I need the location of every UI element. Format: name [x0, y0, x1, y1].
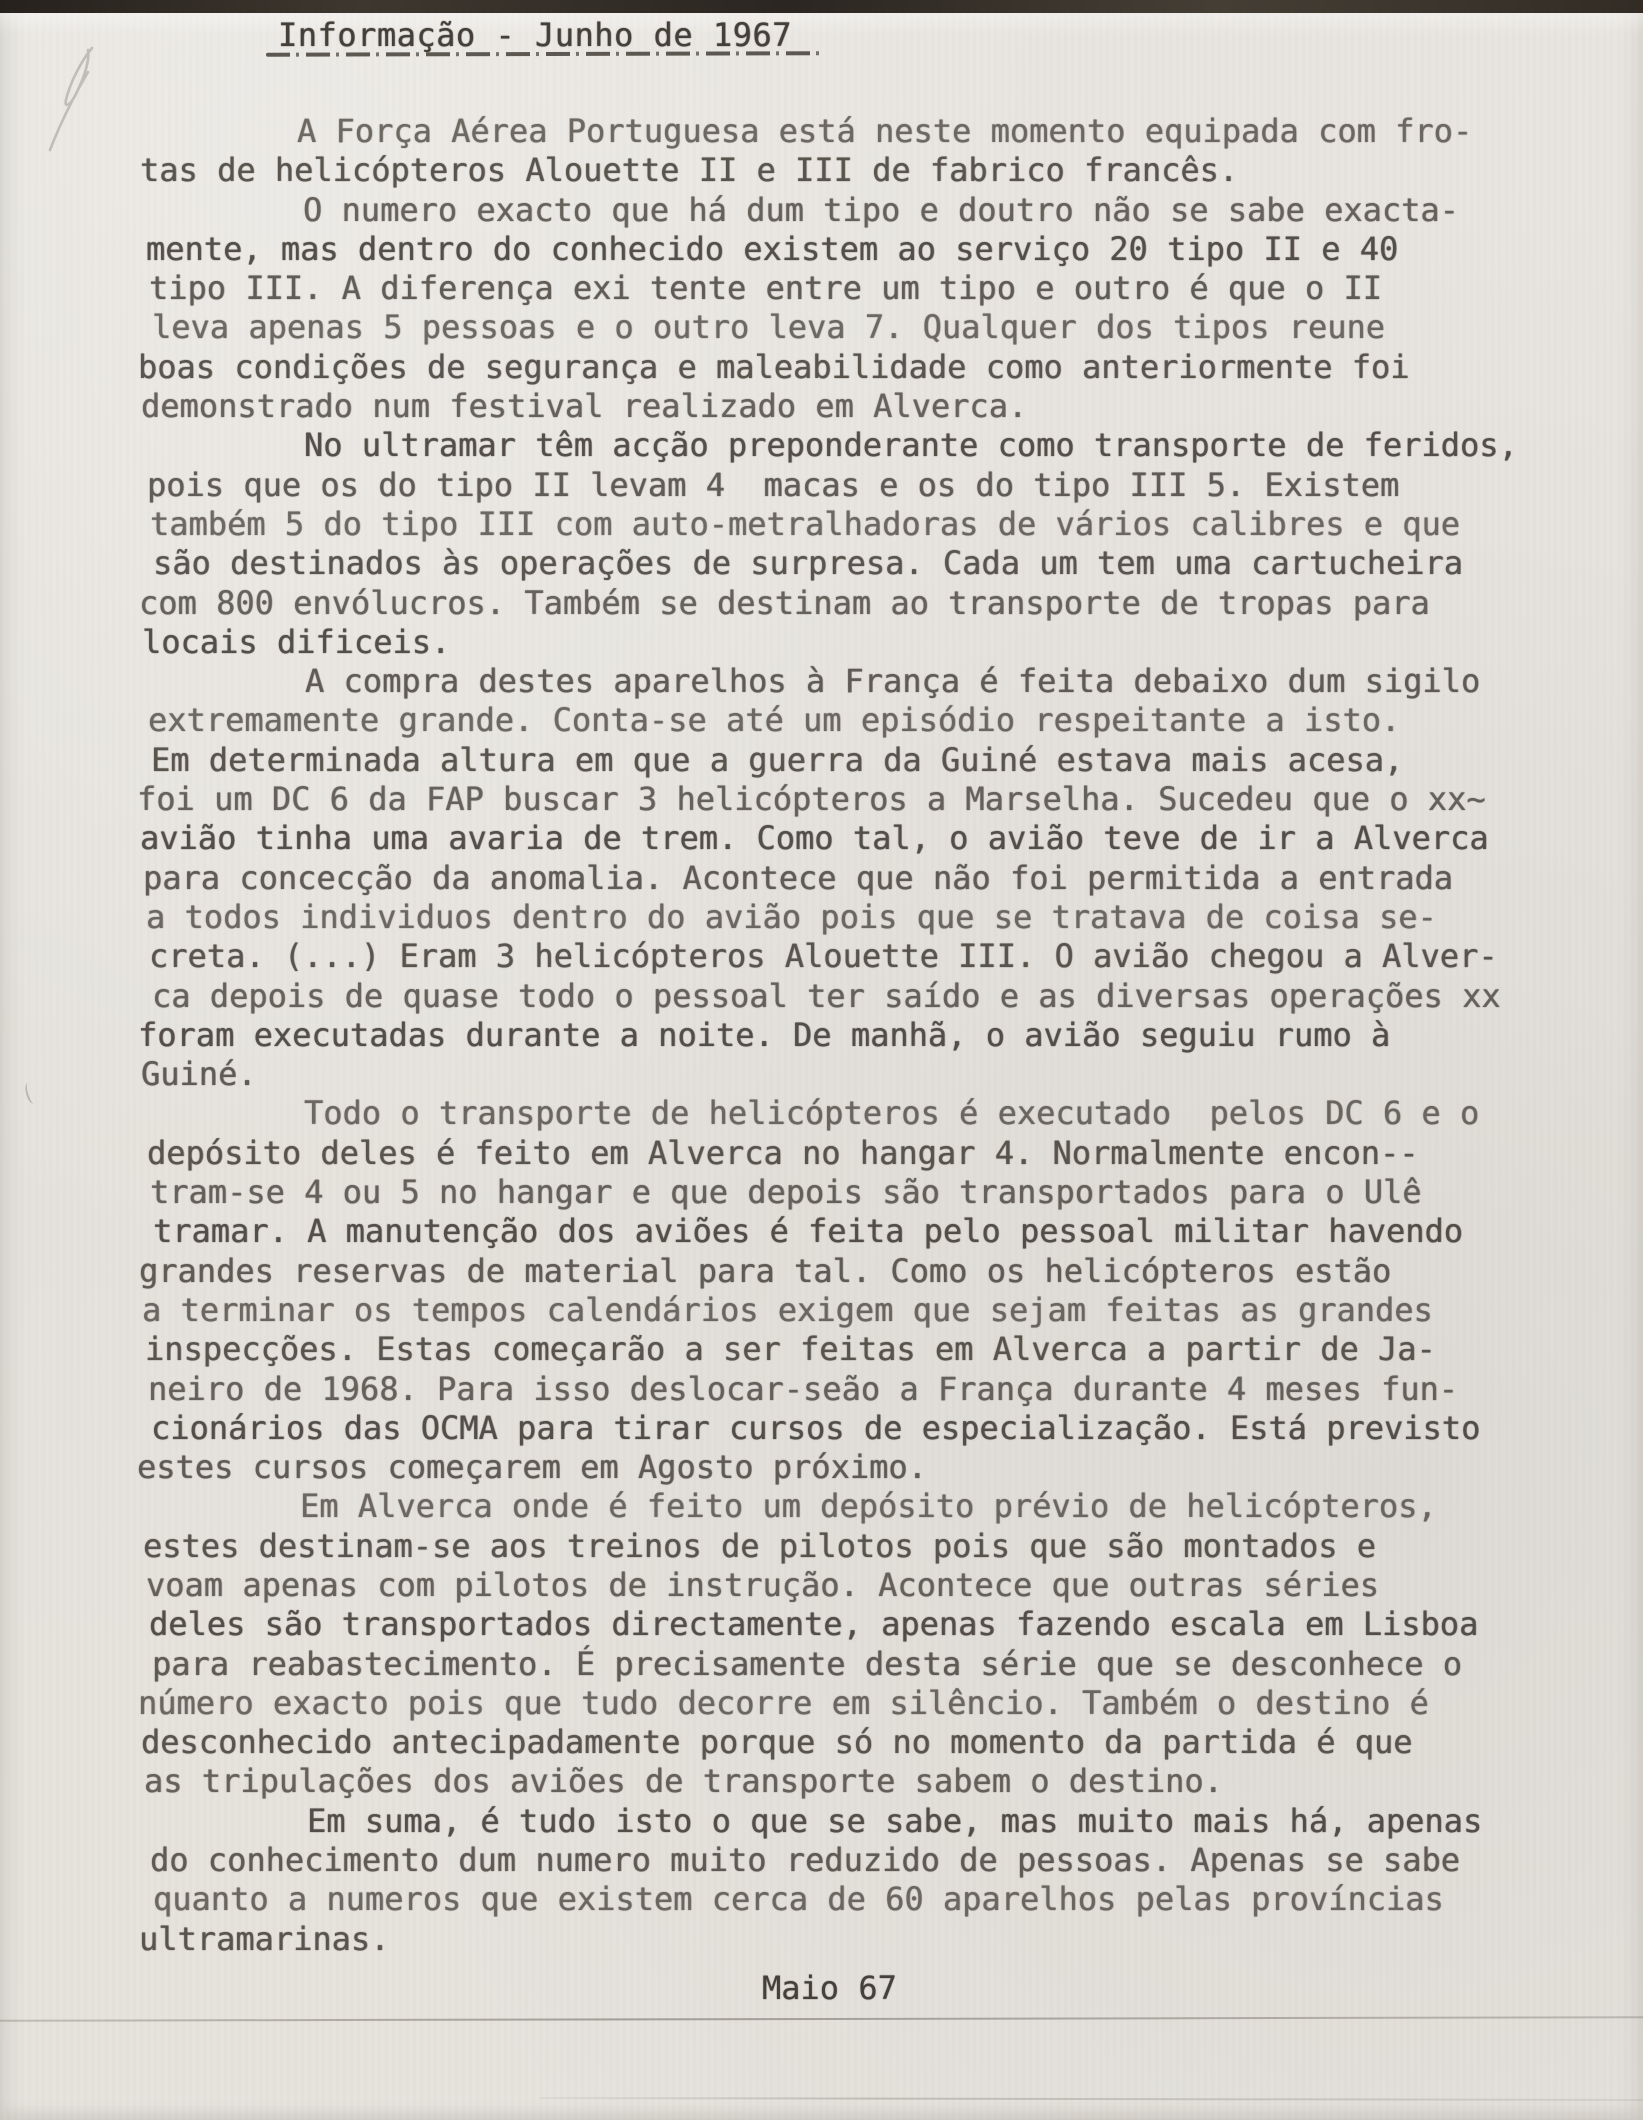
text-line: Todo o transporte de helicópteros é exec…	[304, 1094, 1585, 1133]
crease-line-2	[540, 2097, 1643, 2101]
text-line: creta. (...) Eram 3 helicópteros Alouett…	[149, 937, 1585, 976]
text-line: são destinados às operações de surpresa.…	[153, 544, 1585, 583]
text-line: boas condições de segurança e maleabilid…	[138, 348, 1585, 387]
text-line: foram executadas durante a noite. De man…	[138, 1016, 1585, 1055]
text-line: para concecção da anomalia. Acontece que…	[143, 859, 1585, 898]
text-line: inspecções. Estas começarão a ser feitas…	[145, 1330, 1585, 1369]
body-text: A Força Aérea Portuguesa está neste mome…	[145, 112, 1585, 1959]
paragraph: No ultramar têm acção preponderante como…	[145, 426, 1585, 662]
text-line: voam apenas com pilotos de instrução. Ac…	[146, 1566, 1585, 1605]
paragraph: Todo o transporte de helicópteros é exec…	[145, 1094, 1585, 1487]
text-line: No ultramar têm acção preponderante como…	[304, 426, 1585, 465]
text-line: leva apenas 5 pessoas e o outro leva 7. …	[152, 308, 1585, 347]
text-line: ultramarinas.	[139, 1920, 1585, 1959]
text-line: a todos individuos dentro do avião pois …	[146, 898, 1585, 937]
text-line: pois que os do tipo II levam 4 macas e o…	[147, 466, 1585, 505]
document-page: Informação - Junho de 1967 A Força Aérea…	[0, 0, 1643, 2120]
paragraph: A Força Aérea Portuguesa está neste mome…	[145, 112, 1585, 191]
paragraph: Em suma, é tudo isto o que se sabe, mas …	[145, 1802, 1585, 1959]
text-line: estes destinam-se aos treinos de pilotos…	[143, 1527, 1585, 1566]
text-line: A compra destes aparelhos à França é fei…	[305, 662, 1585, 701]
text-line: avião tinha uma avaria de trem. Como tal…	[140, 819, 1585, 858]
text-line: locais dificeis.	[142, 623, 1585, 662]
pencil-mark-small	[23, 1081, 39, 1105]
crease-line	[0, 2016, 1643, 2021]
text-line: do conhecimento dum numero muito reduzid…	[150, 1841, 1585, 1880]
text-line: estes cursos começarem em Agosto próximo…	[137, 1448, 1585, 1487]
text-line: a terminar os tempos calendários exigem …	[142, 1291, 1585, 1330]
text-line: depósito deles é feito em Alverca no han…	[147, 1134, 1585, 1173]
page-title: Informação - Junho de 1967	[278, 18, 792, 52]
paragraph: Em Alverca onde é feito um depósito prév…	[145, 1487, 1585, 1801]
text-line: Em determinada altura em que a guerra da…	[151, 741, 1585, 780]
title-underline	[266, 51, 822, 56]
text-line: foi um DC 6 da FAP buscar 3 helicópteros…	[137, 780, 1585, 819]
text-line: A Força Aérea Portuguesa está neste mome…	[297, 112, 1585, 151]
paragraph: O numero exacto que há dum tipo e doutro…	[145, 191, 1585, 427]
paragraph: A compra destes aparelhos à França é fei…	[145, 662, 1585, 1094]
text-line: tramar. A manutenção dos aviões é feita …	[153, 1212, 1585, 1251]
footer-date: Maio 67	[762, 1970, 897, 2006]
text-line: Guiné.	[141, 1055, 1585, 1094]
text-line: cionários das OCMA para tirar cursos de …	[151, 1409, 1585, 1448]
text-line: deles são transportados directamente, ap…	[149, 1605, 1585, 1644]
text-line: demonstrado num festival realizado em Al…	[141, 387, 1585, 426]
text-line: mente, mas dentro do conhecido existem a…	[146, 230, 1585, 269]
text-line: grandes reservas de material para tal. C…	[139, 1252, 1585, 1291]
text-line: tram-se 4 ou 5 no hangar e que depois sã…	[150, 1173, 1585, 1212]
text-line: quanto a numeros que existem cerca de 60…	[153, 1880, 1585, 1919]
text-line: também 5 do tipo III com auto-metralhado…	[150, 505, 1585, 544]
text-line: Em Alverca onde é feito um depósito prév…	[300, 1487, 1585, 1526]
text-line: com 800 envólucros. Também se destinam a…	[139, 584, 1585, 623]
text-line: número exacto pois que tudo decorre em s…	[138, 1684, 1585, 1723]
text-line: tas de helicópteros Alouette II e III de…	[140, 151, 1585, 190]
text-line: Em suma, é tudo isto o que se sabe, mas …	[307, 1802, 1585, 1841]
text-line: extremamente grande. Conta-se até um epi…	[148, 701, 1585, 740]
text-line: desconhecido antecipadamente porque só n…	[141, 1723, 1585, 1762]
text-line: para reabastecimento. É precisamente des…	[152, 1645, 1585, 1684]
text-line: O numero exacto que há dum tipo e doutro…	[303, 191, 1585, 230]
text-line: as tripulações dos aviões de transporte …	[144, 1762, 1585, 1801]
text-line: neiro de 1968. Para isso deslocar-seão a…	[148, 1370, 1585, 1409]
text-line: tipo III. A diferença exi tente entre um…	[149, 269, 1585, 308]
pencil-mark	[30, 38, 130, 158]
scan-edge-top	[0, 0, 1643, 13]
text-line: ca depois de quase todo o pessoal ter sa…	[152, 977, 1585, 1016]
